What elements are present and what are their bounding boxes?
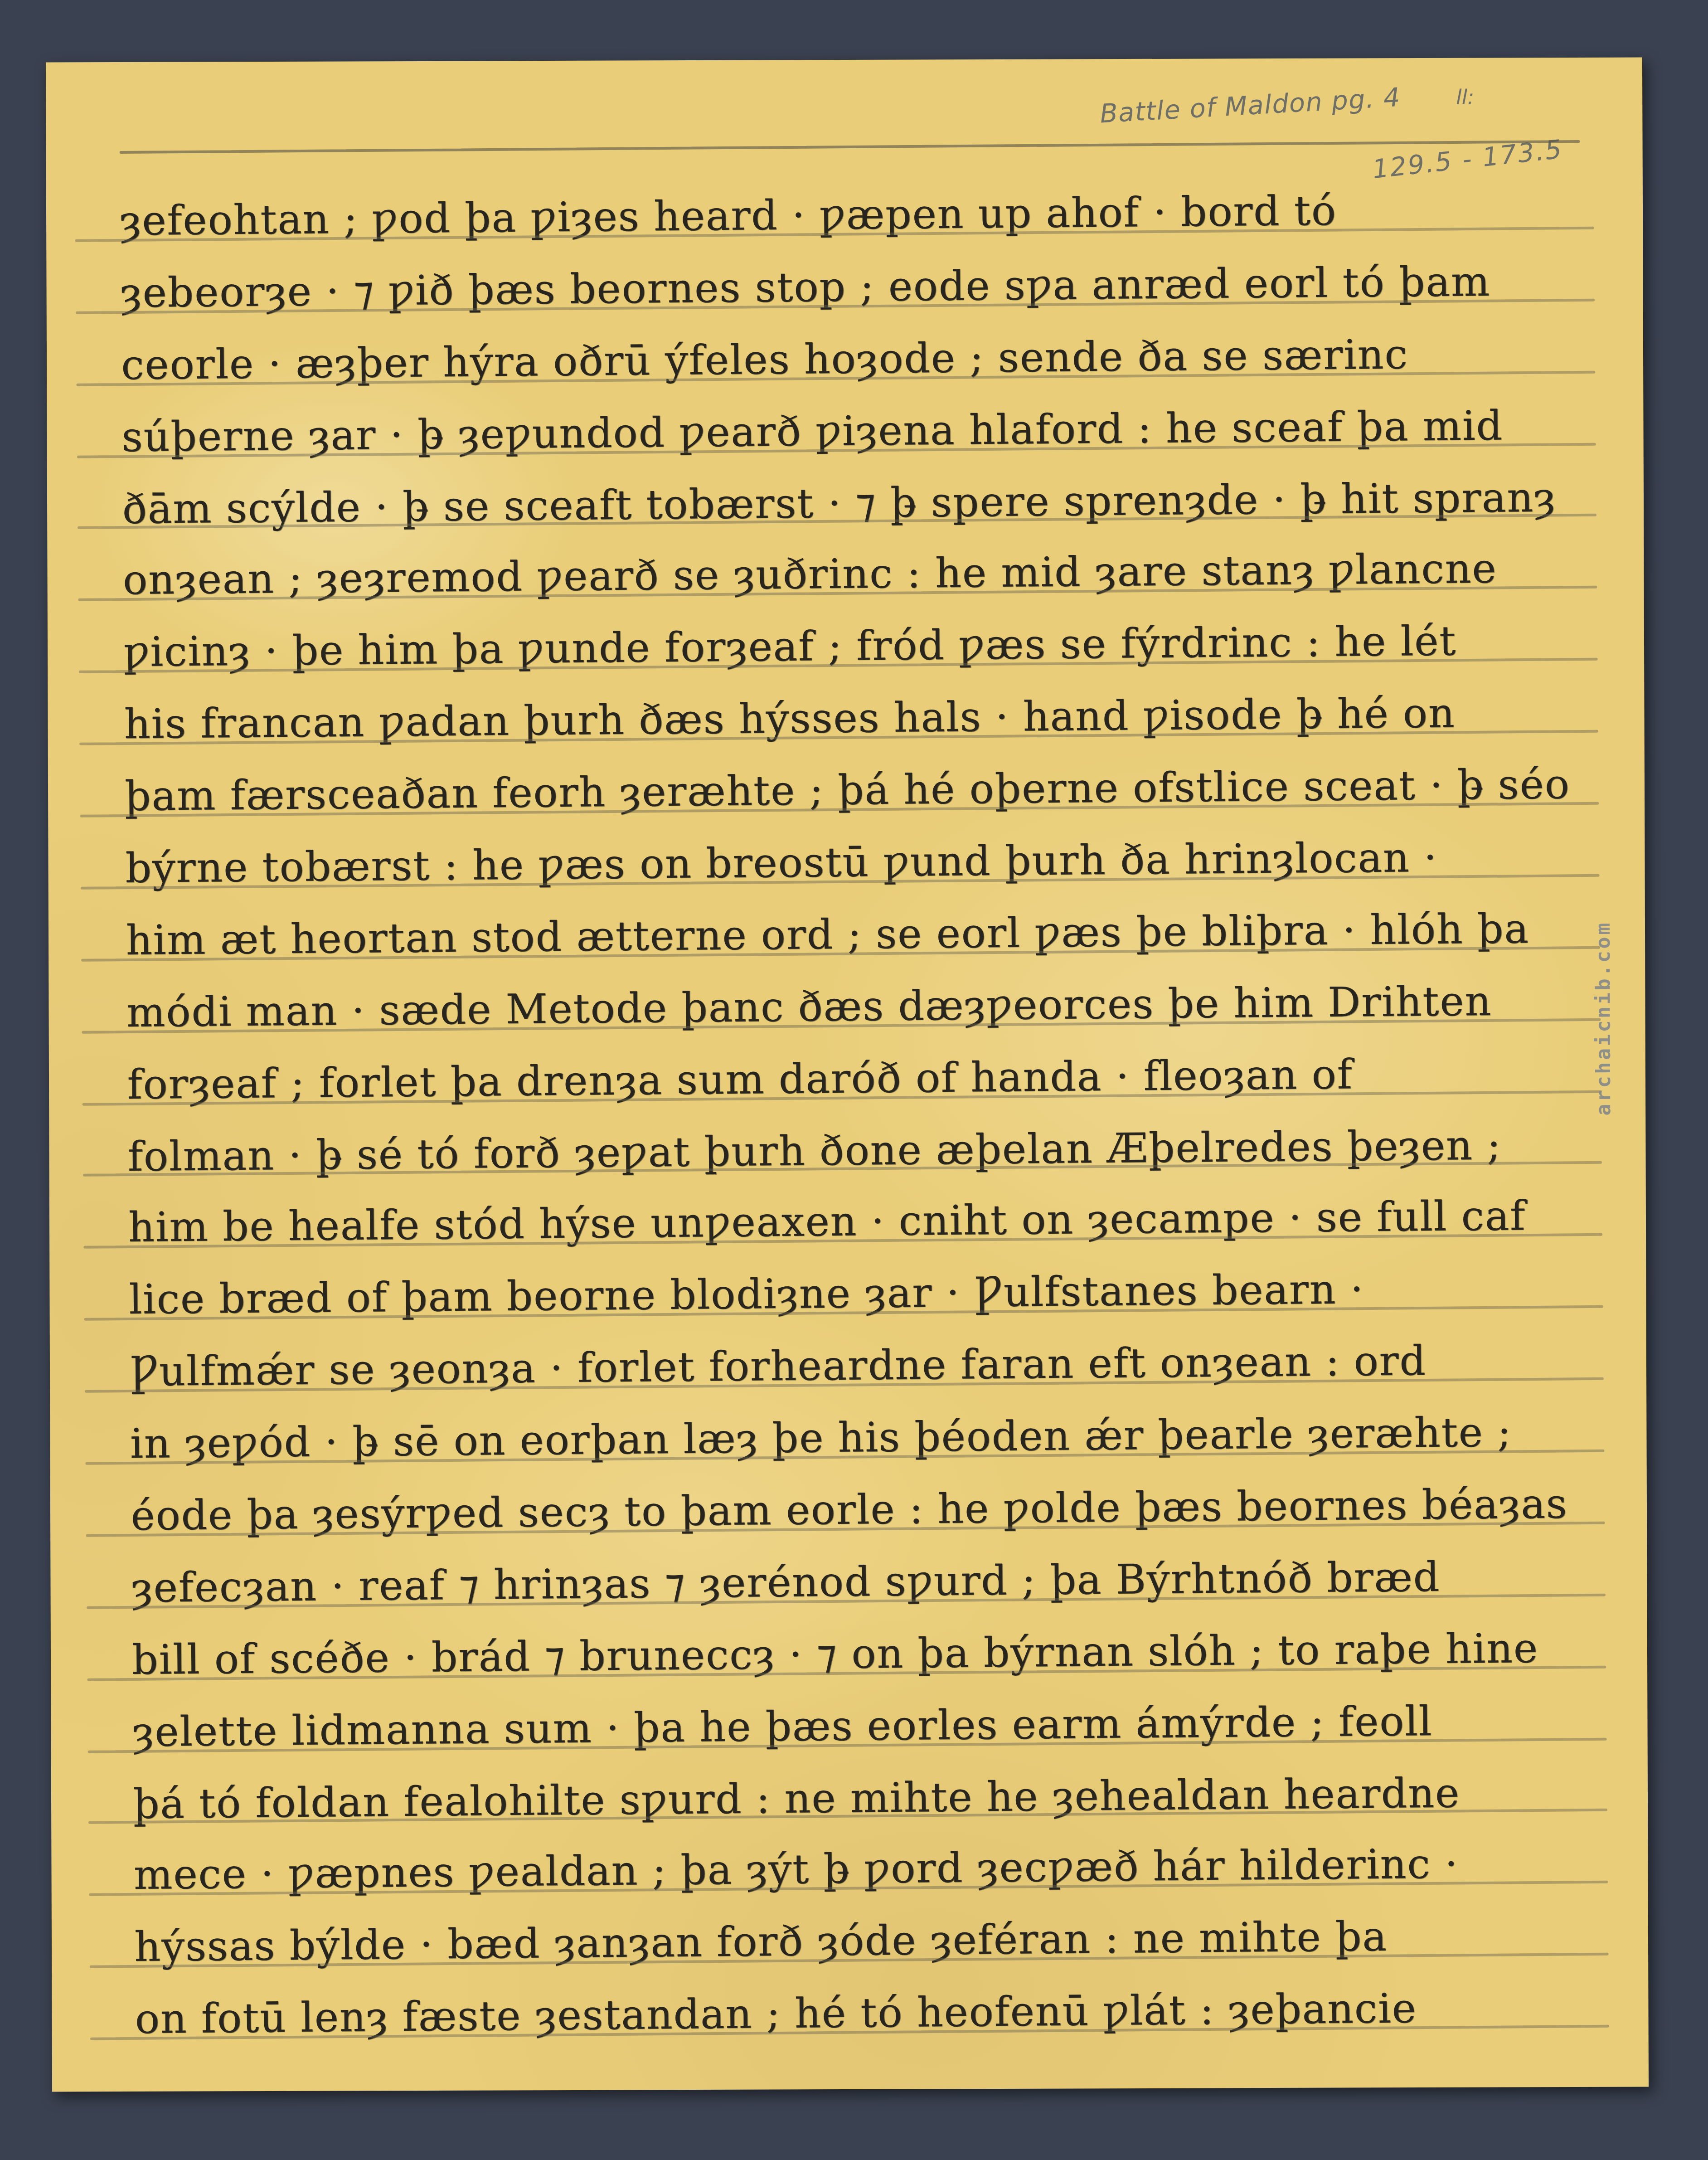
manuscript-line: on fotū lenȝ fæste ȝestandan ; hé tó heo…	[135, 1974, 1596, 2058]
manuscript-line: in ȝeƿód · þ̵ sē on eorþan læȝ þe his þé…	[130, 1398, 1591, 1482]
pencil-lines-label: ll:	[1456, 85, 1474, 110]
manuscript-line: ȝefecȝan · reaf ⁊ hrinȝas ⁊ ȝerénod sƿur…	[131, 1542, 1592, 1626]
manuscript-line: his francan ƿadan þurh ðæs hýsses hals ·…	[124, 679, 1585, 763]
manuscript-line: him æt heortan stod ætterne ord ; se eor…	[126, 895, 1587, 979]
manuscript-line: folman · þ̵ sé tó forð ȝeƿat þurh ðone æ…	[127, 1110, 1588, 1195]
manuscript-line: forȝeaf ; forlet þa drenȝa sum daróð of …	[127, 1038, 1588, 1123]
manuscript-line: ȝebeorȝe · ⁊ ƿið þæs beornes stop ; eode…	[120, 247, 1581, 331]
manuscript-line: ȝelette lidmanna sum · þa he þæs eorles …	[132, 1686, 1593, 1770]
manuscript-line: him be healfe stód hýse unƿeaxen · cniht…	[128, 1182, 1589, 1266]
watermark-text: archaicnib.com	[1593, 939, 1616, 1116]
manuscript-line: onȝean ; ȝeȝremod ƿearð se ȝuðrinc : he …	[122, 535, 1583, 619]
manuscript-line: ðām scýlde · þ̵ se sceaft tobærst · ⁊ þ̵…	[122, 463, 1583, 547]
manuscript-line: módi man · sæde Metode þanc ðæs dæȝƿeorc…	[126, 966, 1587, 1051]
manuscript-line: Ƿulfmǽr se ȝeonȝa · forlet forheardne fa…	[129, 1326, 1590, 1411]
manuscript-line: bill of scéðe · brád ⁊ bruneccȝ · ⁊ on þ…	[131, 1614, 1592, 1698]
manuscript-line: ƿicinȝ · þe him þa ƿunde forȝeaf ; fród …	[123, 607, 1584, 691]
manuscript-line: þá tó foldan fealohilte sƿurd : ne mihte…	[133, 1758, 1594, 1842]
manuscript-line: súþerne ȝar · þ̵ ȝeƿundod ƿearð ƿiȝena h…	[121, 391, 1582, 475]
manuscript-line: ceorle · æȝþer hýra oðrū ýfeles hoȝode ;…	[121, 319, 1582, 403]
pencil-title: Battle of Maldon pg. 4	[1099, 83, 1402, 130]
manuscript-line: mece · ƿæpnes ƿealdan ; þa ȝýt þ̵ ƿord ȝ…	[133, 1829, 1594, 1914]
manuscript-line: býrne tobærst : he ƿæs on breostū ƿund þ…	[125, 822, 1586, 907]
manuscript-line: þam færsceaðan feorh ȝeræhte ; þá hé oþe…	[124, 750, 1585, 835]
manuscript-line: lice bræd of þam beorne blodiȝne ȝar · Ƿ…	[129, 1254, 1590, 1338]
manuscript-line: éode þa ȝesýrƿed secȝ to þam eorle : he …	[131, 1470, 1592, 1554]
manuscript-page: Battle of Maldon pg. 4 ll: 129.5 - 173.5…	[46, 57, 1649, 2092]
manuscript-text-block: ȝefeohtan ; ƿod þa ƿiȝes heard · ƿæpen u…	[120, 175, 1596, 2058]
scan-canvas: Battle of Maldon pg. 4 ll: 129.5 - 173.5…	[0, 0, 1708, 2160]
manuscript-line: ȝefeohtan ; ƿod þa ƿiȝes heard · ƿæpen u…	[120, 175, 1581, 259]
manuscript-line: hýssas býlde · bæd ȝanȝan forð ȝóde ȝefé…	[134, 1902, 1595, 1986]
